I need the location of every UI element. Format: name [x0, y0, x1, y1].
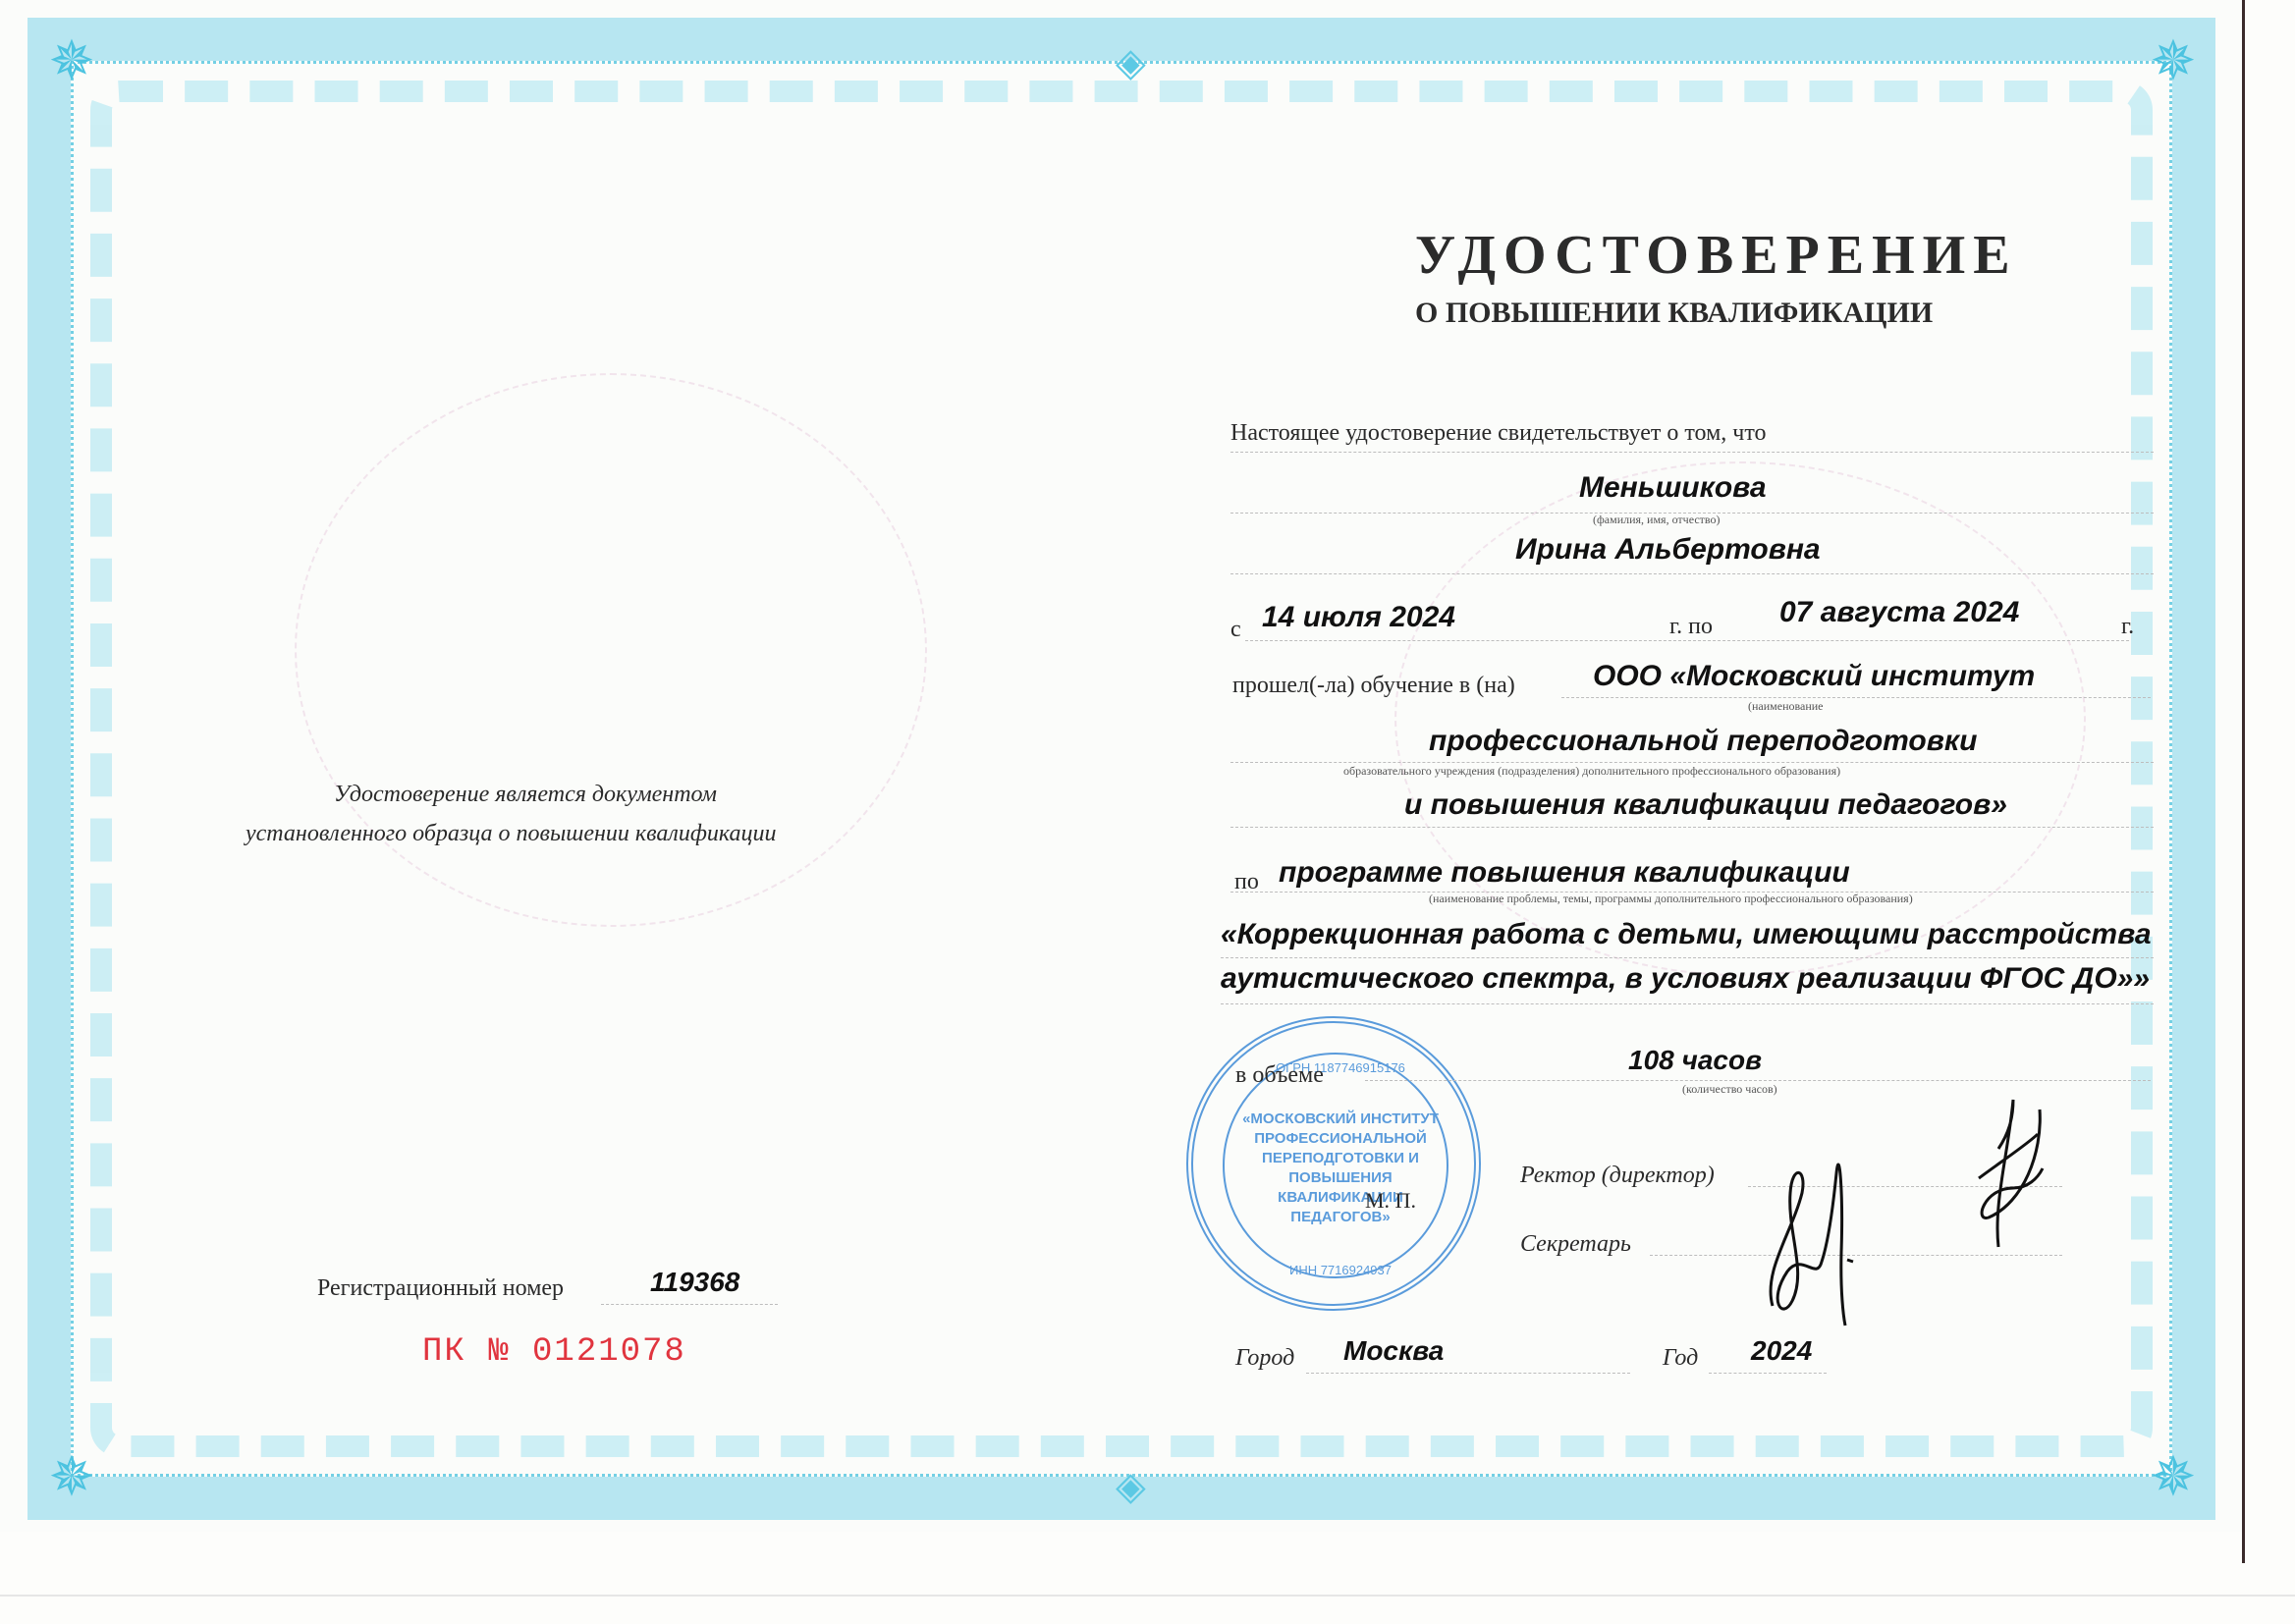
reg-number-value: 119368: [650, 1267, 739, 1298]
seal-label: М. П.: [1365, 1188, 1416, 1214]
document-subtitle: О ПОВЫШЕНИИ КВАЛИФИКАЦИИ: [1415, 297, 1933, 330]
program-title-line2: аутистического спектра, в условиях реали…: [1221, 962, 2150, 996]
rector-label: Ректор (директор): [1520, 1163, 1715, 1189]
program-type: программе повышения квалификации: [1279, 856, 1850, 890]
serial-number: ПК № 0121078: [422, 1333, 686, 1371]
date-mid-label: г. по: [1669, 614, 1713, 640]
corner-star-icon: ✵: [37, 1443, 106, 1512]
program-title-line1: «Коррекционная работа с детьми, имеющими…: [1221, 918, 2152, 951]
org-hint1: (наименование: [1748, 699, 1824, 714]
org-line1: ООО «Московский институт: [1593, 660, 2035, 693]
program-hint: (наименование проблемы, темы, программы …: [1429, 892, 1913, 906]
stamp-center-text: «МОСКОВСКИЙ ИНСТИТУТ ПРОФЕССИОНАЛЬНОЙ ПЕ…: [1232, 1110, 1448, 1227]
corner-star-icon: ✵: [37, 27, 106, 96]
year-label: Год: [1663, 1345, 1698, 1372]
date-from-label: с: [1230, 617, 1241, 643]
surname: Меньшикова: [1579, 471, 1767, 505]
corner-star-icon: ✵: [2139, 1443, 2208, 1512]
document-title: УДОСТОВЕРЕНИЕ: [1415, 224, 2018, 287]
stamp-bottom-text: ИНН 7716924937: [1262, 1263, 1419, 1277]
ornament-diamond-icon: ◈: [1116, 39, 1146, 85]
corner-star-icon: ✵: [2139, 27, 2208, 96]
left-note-line2: установленного образца о повышении квали…: [246, 821, 777, 847]
date-to: 07 августа 2024: [1779, 596, 2019, 629]
secretary-label: Секретарь: [1520, 1231, 1631, 1258]
official-stamp: ОГРН 1187746915176 «МОСКОВСКИЙ ИНСТИТУТ …: [1186, 1016, 1481, 1311]
org-hint2: образовательного учреждения (подразделен…: [1343, 764, 1840, 779]
reg-number-label: Регистрационный номер: [317, 1275, 564, 1302]
volume-label: в объеме: [1235, 1062, 1324, 1089]
given-names: Ирина Альбертовна: [1515, 533, 1821, 567]
secretary-signature: [1763, 1134, 1871, 1330]
org-line2: профессиональной переподготовки: [1429, 725, 1977, 758]
year-value: 2024: [1751, 1335, 1812, 1367]
left-note-line1: Удостоверение является документом: [334, 782, 717, 808]
page-edge: [2242, 0, 2245, 1563]
date-end-label: г.: [2121, 614, 2134, 640]
name-hint: (фамилия, имя, отчество): [1593, 513, 1720, 527]
hours-value: 108 часов: [1628, 1045, 1762, 1076]
hours-hint: (количество часов): [1682, 1082, 1777, 1097]
date-from: 14 июля 2024: [1262, 601, 1455, 634]
org-line3: и повышения квалификации педагогов»: [1404, 788, 2007, 822]
ornament-diamond-icon: ◈: [1116, 1463, 1146, 1509]
org-label: прошел(-ла) обучение в (на): [1232, 673, 1515, 699]
city-label: Город: [1235, 1345, 1294, 1372]
city-value: Москва: [1343, 1335, 1444, 1367]
page-edge-bottom: [0, 1595, 2295, 1597]
intro-text: Настоящее удостоверение свидетельствует …: [1230, 420, 1767, 447]
rector-signature: [1969, 1095, 2057, 1252]
